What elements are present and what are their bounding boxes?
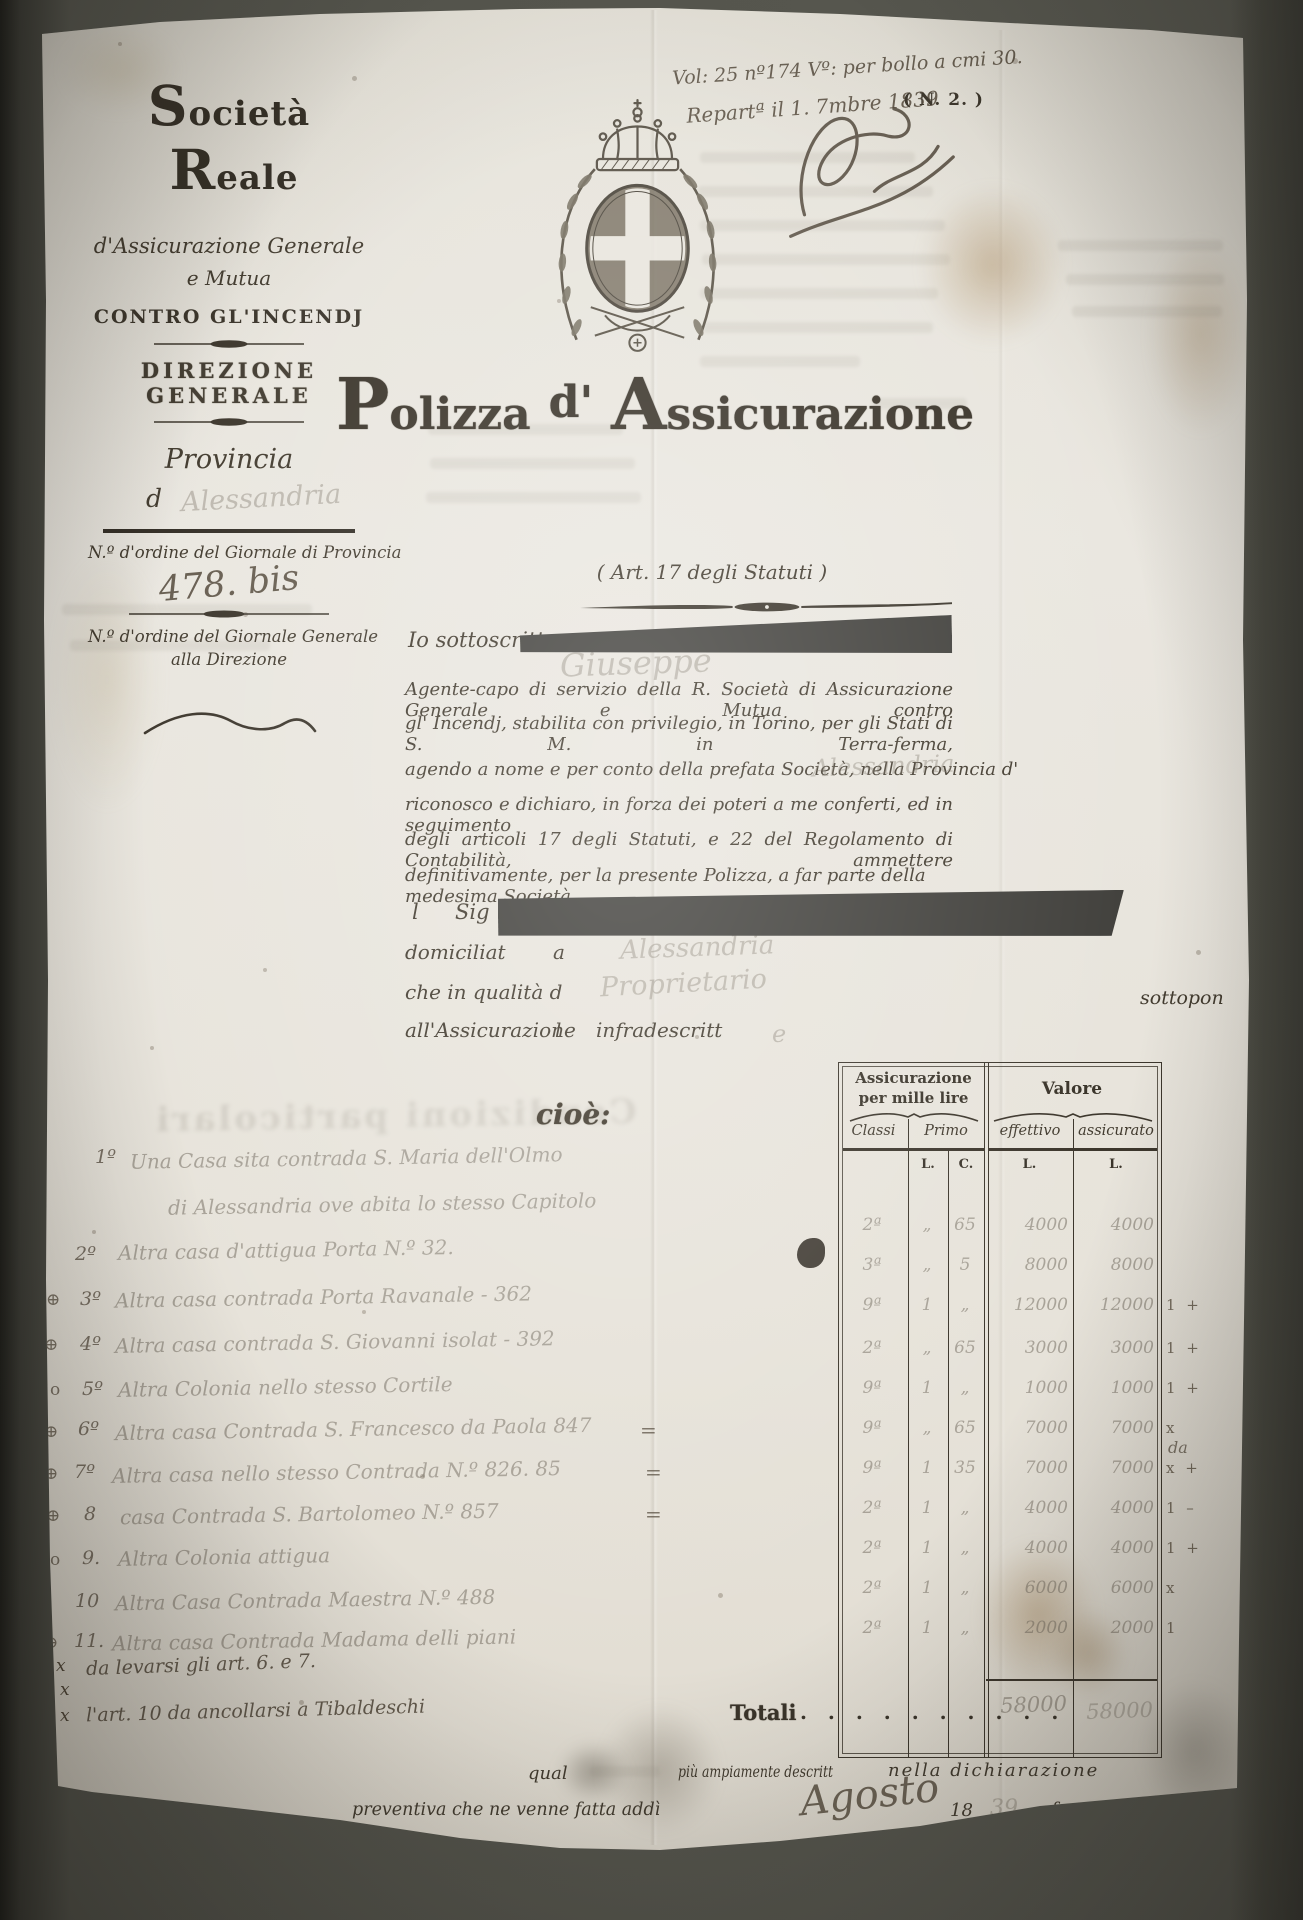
cell-premio-c: 35 [948, 1448, 982, 1488]
item-marker: ⊖ [44, 1633, 58, 1653]
cell-premio-c: „ [948, 1568, 982, 1608]
province-line: d Alessandria [88, 483, 370, 523]
speck [1196, 950, 1201, 955]
flourish-divider [580, 598, 952, 616]
margin-mark: 1 + [1166, 1528, 1246, 1568]
cell-premio-c: „ [948, 1285, 982, 1325]
divider-ornament [144, 338, 314, 350]
margin-mark: x [1166, 1568, 1246, 1608]
cell-premio-c: 65 [948, 1408, 982, 1448]
cell-assicurato: 12000 [1072, 1285, 1154, 1325]
bleedthrough [1066, 274, 1224, 285]
speck [150, 1046, 154, 1050]
cell-premio-c: 5 [948, 1245, 982, 1285]
footnote-mark: x [56, 1656, 66, 1676]
cell-effettivo: 12000 [984, 1285, 1068, 1325]
list-item: Altra casa Contrada S. Francesco da Paol… [115, 1413, 592, 1445]
list-item: Una Casa sita contrada S. Maria dell'Olm… [130, 1142, 563, 1174]
title-subtitle: ( Art. 17 degli Statuti ) [562, 560, 862, 584]
coat-of-arms [535, 96, 740, 360]
item-marker: ⊕ [44, 1464, 58, 1484]
closing-year-prefix: 18 [950, 1800, 973, 1821]
cell-assicurato: 6000 [1072, 1568, 1154, 1608]
table-hline-thick [988, 1148, 1157, 1151]
table-row: 2ª1„60006000x [838, 1568, 1258, 1608]
cell-premio-l: „ [908, 1205, 946, 1245]
brand-subline-1: d'Assicurazione Generale [88, 234, 370, 258]
domicile-label: domiciliat [405, 940, 506, 964]
header-brace [847, 1109, 981, 1123]
list-item: Altra casa contrada S. Giovanni isolat -… [115, 1326, 555, 1358]
table-row: 9ª„6570007000x [838, 1408, 1258, 1448]
unit-label: L. [986, 1157, 1073, 1172]
item-number: 9. [82, 1547, 100, 1569]
cell-classi: 2ª [840, 1528, 904, 1568]
list-item: Altra casa d'attigua Porta N.º 32. [118, 1235, 454, 1265]
margin-mark: 1 [1166, 1608, 1246, 1648]
closing-comma-fu: , fu [1040, 1800, 1069, 1820]
cell-premio-c: „ [948, 1368, 982, 1408]
divider-ornament [144, 416, 314, 428]
list-item: Altra casa contrada Porta Ravanale - 362 [115, 1281, 532, 1312]
cell-effettivo: 4000 [984, 1528, 1068, 1568]
cell-premio-l: „ [908, 1328, 946, 1368]
cell-premio-l: 1 [908, 1608, 946, 1648]
sig-prefix: l [412, 900, 419, 924]
item-equals-mark: = [645, 1460, 662, 1484]
cell-classi: 2ª [840, 1488, 904, 1528]
registry-annotation-1: Vol: 25 nº174 Vº: per bollo a cmi 30. [672, 49, 983, 90]
cell-effettivo: 7000 [984, 1448, 1068, 1488]
domicile-a: a [553, 940, 565, 964]
brand-name: Società Reale [88, 82, 370, 210]
cell-classi: 9ª [840, 1368, 904, 1408]
list-item: di Alessandria ove abita lo stesso Capit… [168, 1188, 597, 1219]
bleedthrough [1058, 240, 1223, 251]
list-item: Altra casa nello stesso Contrada N.º 826… [112, 1456, 561, 1488]
province-handwritten: Alessandria [180, 479, 342, 518]
quality-handwritten: Proprietario [599, 964, 767, 1004]
item-equals-mark: = [640, 1418, 657, 1442]
brand-subline-3: CONTRO GL'INCENDJ [88, 306, 370, 328]
cell-premio-l: 1 [908, 1568, 946, 1608]
item-marker: o [50, 1550, 60, 1570]
cell-premio-l: 1 [908, 1488, 946, 1528]
scanned-document: Condizioni particolari Società Reale d'A… [0, 0, 1303, 1920]
group-header-line: per mille lire [843, 1089, 984, 1109]
cell-assicurato: 4000 [1072, 1528, 1154, 1568]
item-marker: ⊕ [44, 1422, 58, 1442]
cell-effettivo: 4000 [984, 1205, 1068, 1245]
cell-premio-l: 1 [908, 1528, 946, 1568]
cell-classi: 3ª [840, 1245, 904, 1285]
item-marker: ⊕ [46, 1290, 60, 1310]
cell-classi: 9ª [840, 1408, 904, 1448]
cell-effettivo: 4000 [984, 1488, 1068, 1528]
item-number: 11. [74, 1630, 104, 1652]
table-group-header-value: Valore [987, 1079, 1157, 1099]
cell-assicurato: 1000 [1072, 1368, 1154, 1408]
body-line: agendo a nome e per conto della prefata … [405, 759, 835, 780]
item-number: 3º [80, 1288, 101, 1310]
group-header-line: Assicurazione [843, 1069, 984, 1089]
table-row: 9ª1„12000120001 + [838, 1285, 1258, 1325]
cell-classi: 2ª [840, 1328, 904, 1368]
closing-qual: qual [528, 1763, 568, 1784]
table-hline-thick [843, 1148, 984, 1151]
list-item: Altra Colonia attigua [118, 1543, 330, 1571]
table-group-header-premium: Assicurazione per mille lire [843, 1069, 984, 1108]
speck [92, 1230, 96, 1234]
cell-premio-l: 1 [908, 1448, 946, 1488]
cell-assicurato: 7000 [1072, 1408, 1154, 1448]
speck [263, 968, 267, 972]
item-number: 5º [82, 1378, 103, 1400]
item-number: 10 [75, 1590, 99, 1612]
table-row: 2ª„65300030001 + [838, 1328, 1258, 1368]
table-row: 9ª1„100010001 + [838, 1368, 1258, 1408]
sig-label: Sig [455, 900, 490, 924]
header-brace [991, 1109, 1155, 1123]
item-number: 1º [95, 1146, 116, 1168]
col-header-assicurato: assicurato [1073, 1123, 1159, 1139]
cell-assicurato: 2000 [1072, 1608, 1154, 1648]
province-label: Provincia [88, 444, 370, 475]
item-marker: ⊕ [46, 1506, 60, 1526]
cell-assicurato: 3000 [1072, 1328, 1154, 1368]
cell-assicurato: 4000 [1072, 1488, 1154, 1528]
brand-word: Reale [170, 146, 299, 210]
list-item: casa Contrada S. Bartolomeo N.º 857 [120, 1499, 499, 1530]
cell-effettivo: 6000 [984, 1568, 1068, 1608]
col-header-effettivo: effettivo [987, 1123, 1073, 1139]
cell-premio-l: 1 [908, 1285, 946, 1325]
speck [352, 76, 357, 81]
title-word-2: Assicurazione [611, 375, 974, 455]
ink-blot [797, 1238, 825, 1268]
item-number: 7º [74, 1461, 95, 1483]
table-row: 2ª„6540004000 [838, 1205, 1258, 1245]
masthead: Società Reale d'Assicurazione Generale e… [88, 82, 370, 743]
cell-effettivo: 1000 [984, 1368, 1068, 1408]
insurance-l: l [555, 1018, 561, 1042]
document-title: Polizza d' Assicurazione [330, 368, 980, 455]
closing-valutat: valutat [1168, 1797, 1230, 1817]
margin-mark: 1 – [1166, 1488, 1246, 1528]
brace-flourish [139, 707, 319, 739]
journal-general-label: N.º d'ordine del Giornale Generale [88, 627, 370, 646]
body-line: gl' Incendj, stabilita con privilegio, i… [405, 713, 953, 755]
cell-assicurato: 7000 [1072, 1448, 1154, 1488]
cell-classi: 9ª [840, 1448, 904, 1488]
cell-premio-c: „ [948, 1488, 982, 1528]
table-row: 3ª„580008000 [838, 1245, 1258, 1285]
total-assicurato: 58000 [1075, 1698, 1154, 1725]
margin-mark: 1 + [1166, 1368, 1246, 1408]
closing-preventiva: preventiva che ne venne fatta addì [352, 1800, 660, 1820]
cell-premio-c: „ [948, 1608, 982, 1648]
totals-label: Totali [730, 1700, 797, 1725]
rule [103, 529, 355, 533]
cell-premio-c: 65 [948, 1328, 982, 1368]
bleedthrough [1085, 1802, 1155, 1813]
province-prefix: d [146, 484, 162, 513]
speck [118, 42, 122, 46]
table-row: 2ª1„400040001 + [838, 1528, 1258, 1568]
cell-classi: 9ª [840, 1285, 904, 1325]
journal-general-label2: alla Direzione [88, 650, 370, 669]
cell-assicurato: 8000 [1072, 1245, 1154, 1285]
totals-leader-dots: . . . . . . . . . . [800, 1700, 1065, 1724]
cell-premio-l: 1 [908, 1368, 946, 1408]
cell-premio-c: „ [948, 1528, 982, 1568]
item-equals-mark: = [645, 1502, 662, 1526]
footnote-2: l'art. 10 da ancollarsi a Tibaldeschi [86, 1696, 426, 1727]
bleedthrough [590, 1766, 660, 1777]
cell-classi: 2ª [840, 1608, 904, 1648]
quality-label: che in qualità d [405, 980, 562, 1004]
cell-effettivo: 3000 [984, 1328, 1068, 1368]
subject-cut-word: sottopon [1140, 987, 1224, 1009]
table-row: 2ª1„400040001 – [838, 1488, 1258, 1528]
closing-ghost-year: 39, [990, 1796, 1025, 1821]
margin-mark: 1 + [1166, 1328, 1246, 1368]
col-header-premio: Primo [908, 1123, 984, 1139]
footnote-mark: x [60, 1680, 70, 1700]
cell-premio-l: „ [908, 1245, 946, 1285]
cell-classi: 2ª [840, 1205, 904, 1245]
unit-label: L. [908, 1157, 948, 1172]
speck [362, 1310, 366, 1314]
unit-label: C. [948, 1157, 984, 1172]
brand-subline-2: e Mutua [88, 266, 370, 290]
footnote-mark: x [60, 1706, 70, 1726]
cell-premio-c: 65 [948, 1205, 982, 1245]
item-number: 4º [80, 1333, 101, 1355]
list-item: Altra Colonia nello stesso Cortile [118, 1372, 453, 1402]
item-marker: o [50, 1380, 60, 1400]
item-marker: ⊕ [44, 1335, 58, 1355]
insurance-line-1: all'Assicurazione [405, 1018, 576, 1042]
bleedthrough [430, 458, 635, 469]
totals-separator [986, 1679, 1157, 1681]
item-number: 6º [78, 1418, 99, 1440]
cell-classi: 2ª [840, 1568, 904, 1608]
item-number: 8 [84, 1503, 96, 1525]
cell-assicurato: 4000 [1072, 1205, 1154, 1245]
item-number: 2º [75, 1243, 96, 1265]
speck [718, 1593, 723, 1598]
insurance-line-2: infradescritt [596, 1018, 722, 1042]
title-word-1: Polizza [336, 375, 531, 455]
table-row: 9ª13570007000x + [838, 1448, 1258, 1488]
signature-flourish [765, 86, 969, 250]
direzione-generale: DIREZIONE GENERALE [88, 358, 370, 408]
list-item: Altra Casa Contrada Maestra N.º 488 [115, 1585, 496, 1616]
margin-note-da: da [1168, 1438, 1188, 1457]
stain [1148, 235, 1253, 435]
bleedthrough [1072, 306, 1222, 317]
paper-sheet: Condizioni particolari Società Reale d'A… [0, 0, 1303, 1920]
title-separator: d' [549, 368, 593, 448]
cell-effettivo: 7000 [984, 1408, 1068, 1448]
cell-effettivo: 2000 [984, 1608, 1068, 1648]
cell-effettivo: 8000 [984, 1245, 1068, 1285]
insurance-handwritten-e: e [772, 1020, 786, 1048]
col-header-classi: Classi [839, 1123, 908, 1139]
table-row: 2ª1„200020001 [838, 1608, 1258, 1648]
cell-premio-l: „ [908, 1408, 946, 1448]
margin-mark: 1 + [1166, 1285, 1246, 1325]
bleedthrough [426, 492, 641, 503]
province-handwritten-body: Alessandria [812, 750, 955, 783]
cioe-label: cioè: [536, 1098, 611, 1131]
unit-label: L. [1073, 1157, 1159, 1172]
